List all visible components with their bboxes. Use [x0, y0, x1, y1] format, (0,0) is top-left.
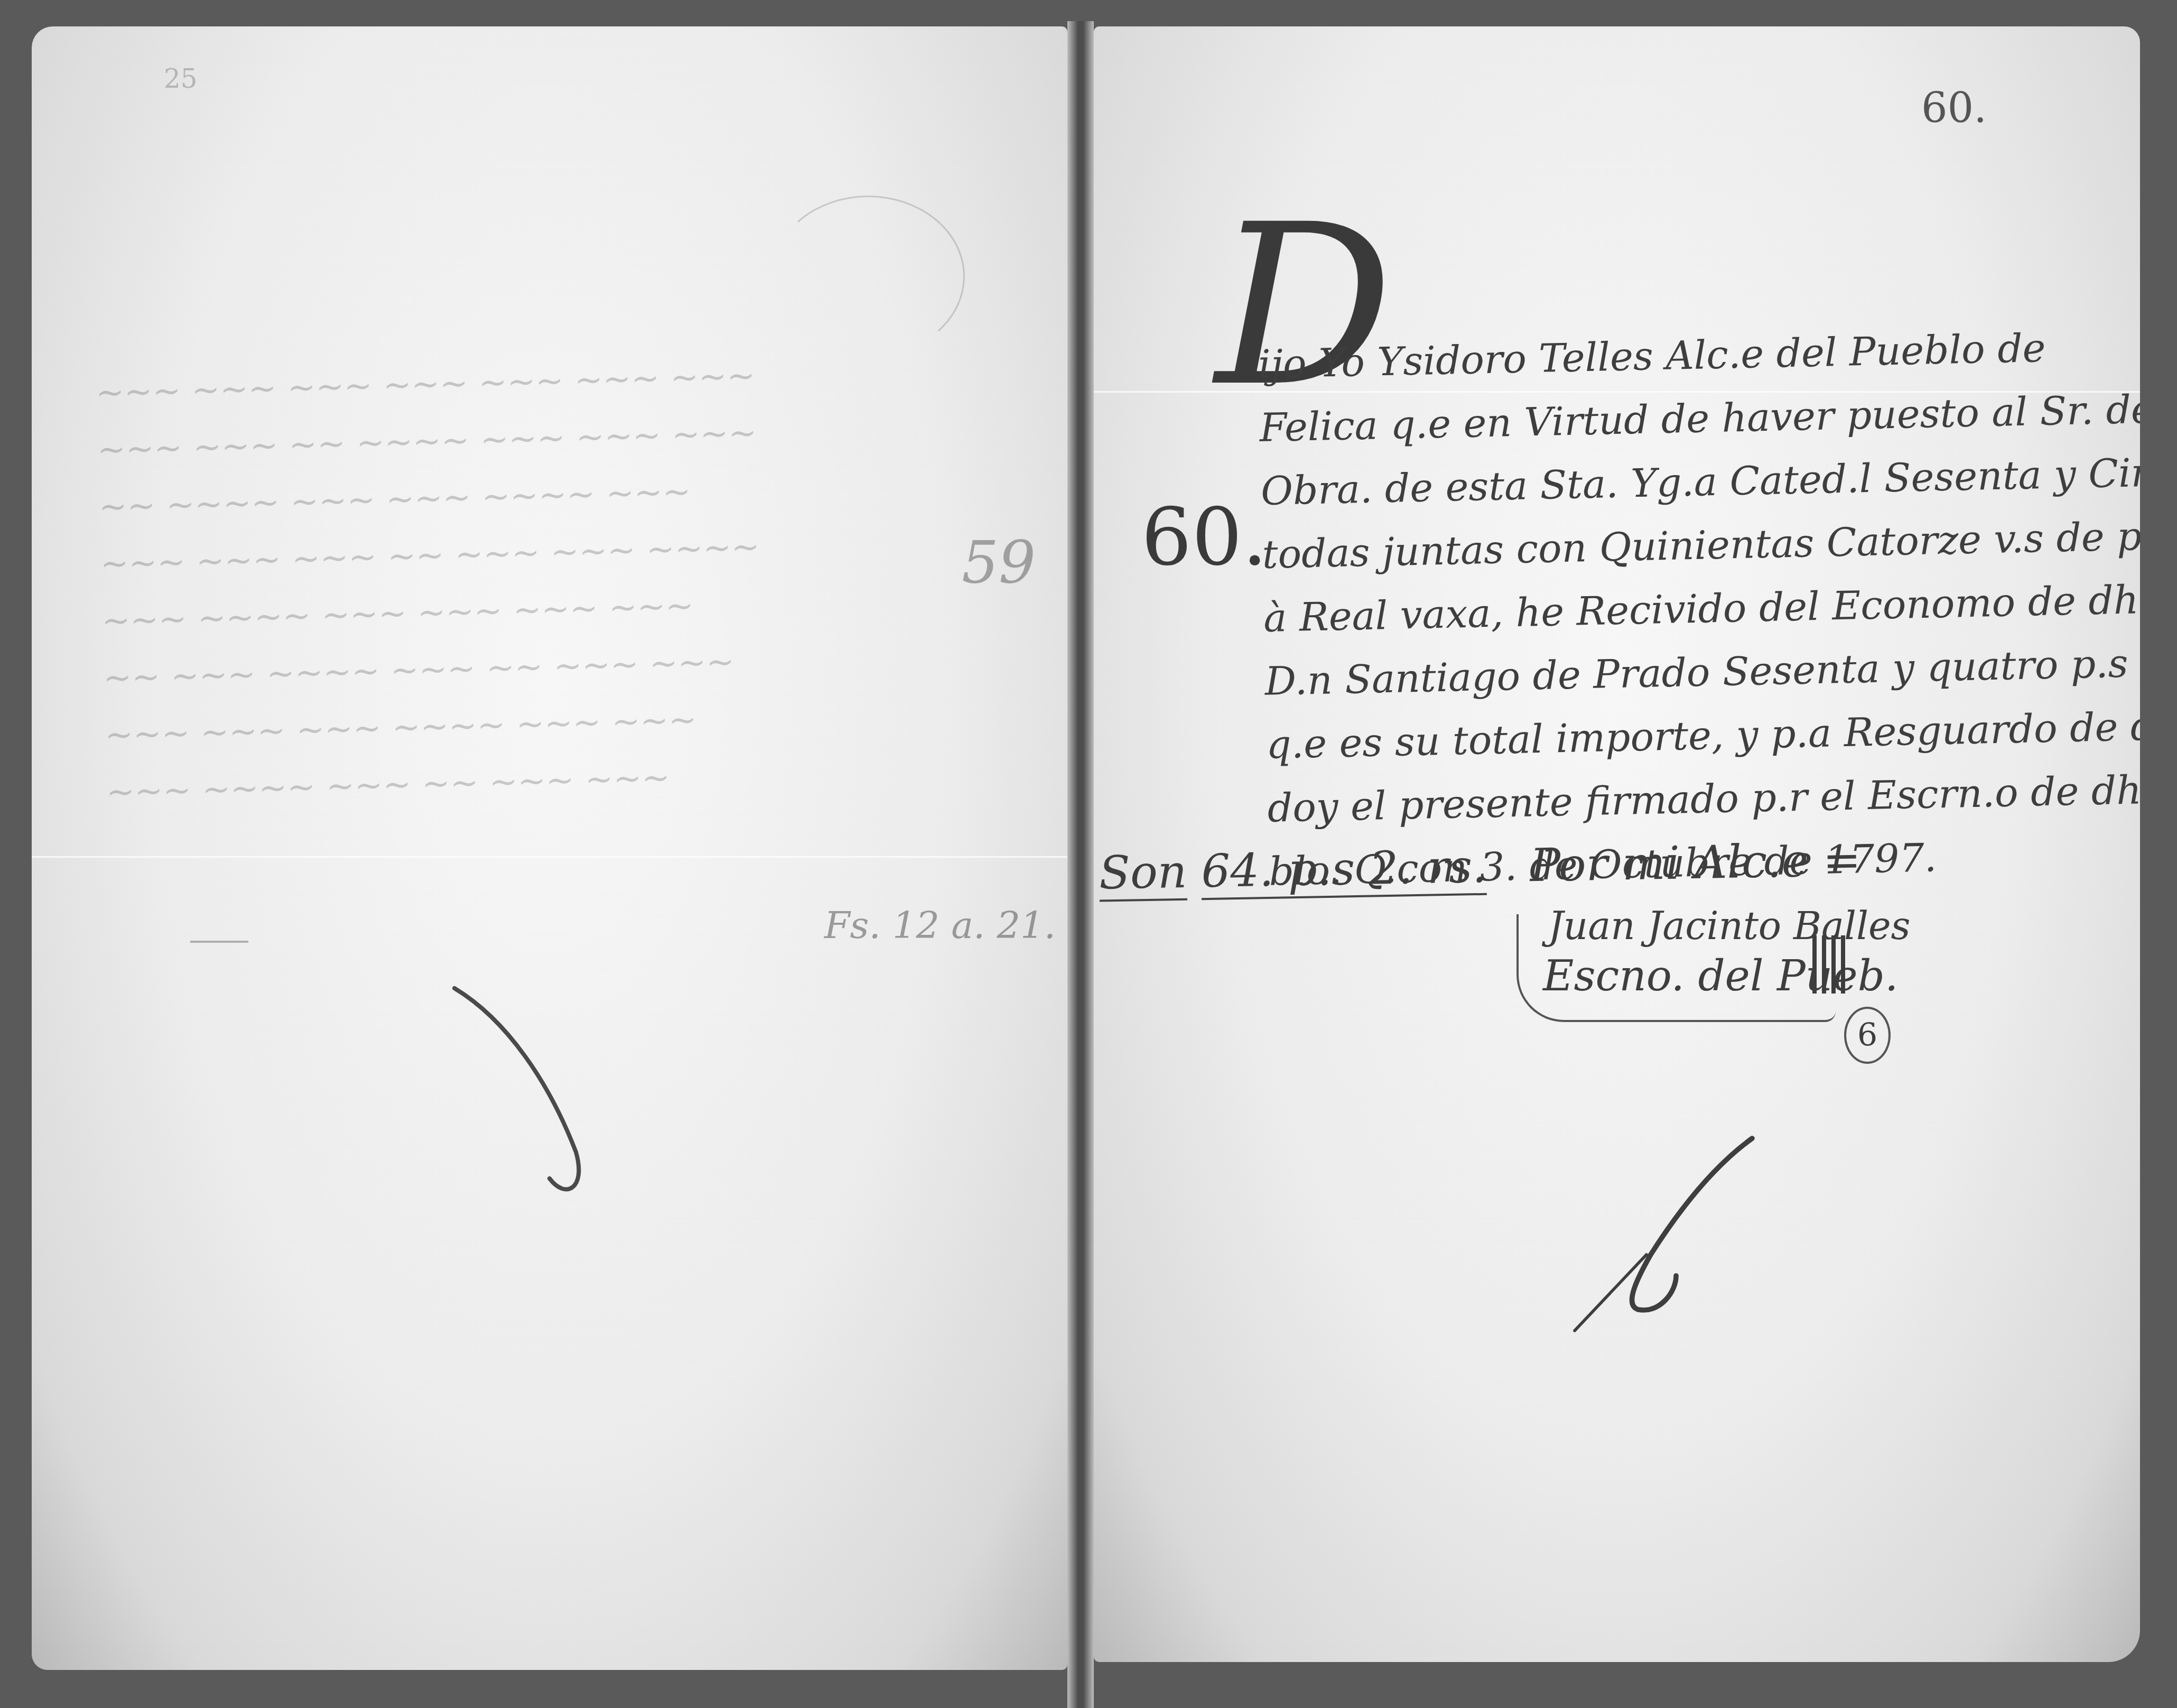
scanned-spread: 25 ~~~ ~~~ ~~~ ~~~ ~~~ ~~~ ~~~ ~~~ ~~~ ~…	[0, 0, 2177, 1708]
circled-number: 6	[1844, 1007, 1891, 1064]
folio-number: 60.	[1921, 85, 1987, 132]
right-page: 60. D 60. ijo Yo Ysidoro Telles Alc.e de…	[1094, 26, 2140, 1662]
receipt-body: ijo Yo Ysidoro Telles Alc.e del Pueblo d…	[1258, 310, 2140, 904]
sum-amount: 64. p.s 2. rs.	[1201, 840, 1487, 900]
margin-entry-number: 60.	[1141, 491, 1268, 583]
bleed-through-text: ~~~ ~~~ ~~~ ~~~ ~~~ ~~~ ~~~ ~~~ ~~~ ~~ ~…	[95, 347, 766, 821]
bleed-through-circle	[771, 196, 965, 357]
rubric-icon	[1812, 935, 1849, 994]
signature-block: Juan Jacinto Balles Escno. del Pueb. 6	[1517, 893, 1876, 1036]
page-crease	[32, 856, 1067, 858]
flourish-icon	[444, 978, 602, 1215]
flourish-icon	[1553, 1104, 1807, 1337]
left-margin-mark: 59	[962, 528, 1036, 596]
signature-name: Juan Jacinto Balles	[1548, 904, 1911, 948]
left-page: 25 ~~~ ~~~ ~~~ ~~~ ~~~ ~~~ ~~~ ~~~ ~~~ ~…	[32, 26, 1067, 1670]
left-corner-number: 25	[164, 63, 198, 94]
left-page-stamp: Fs. 12 a. 21.	[824, 904, 1056, 947]
sum-prefix: Son	[1099, 846, 1187, 902]
book-gutter	[1067, 21, 1094, 1708]
bleed-through-dash	[190, 941, 248, 943]
sum-suffix: Por mi Alc.e =	[1530, 833, 1862, 892]
